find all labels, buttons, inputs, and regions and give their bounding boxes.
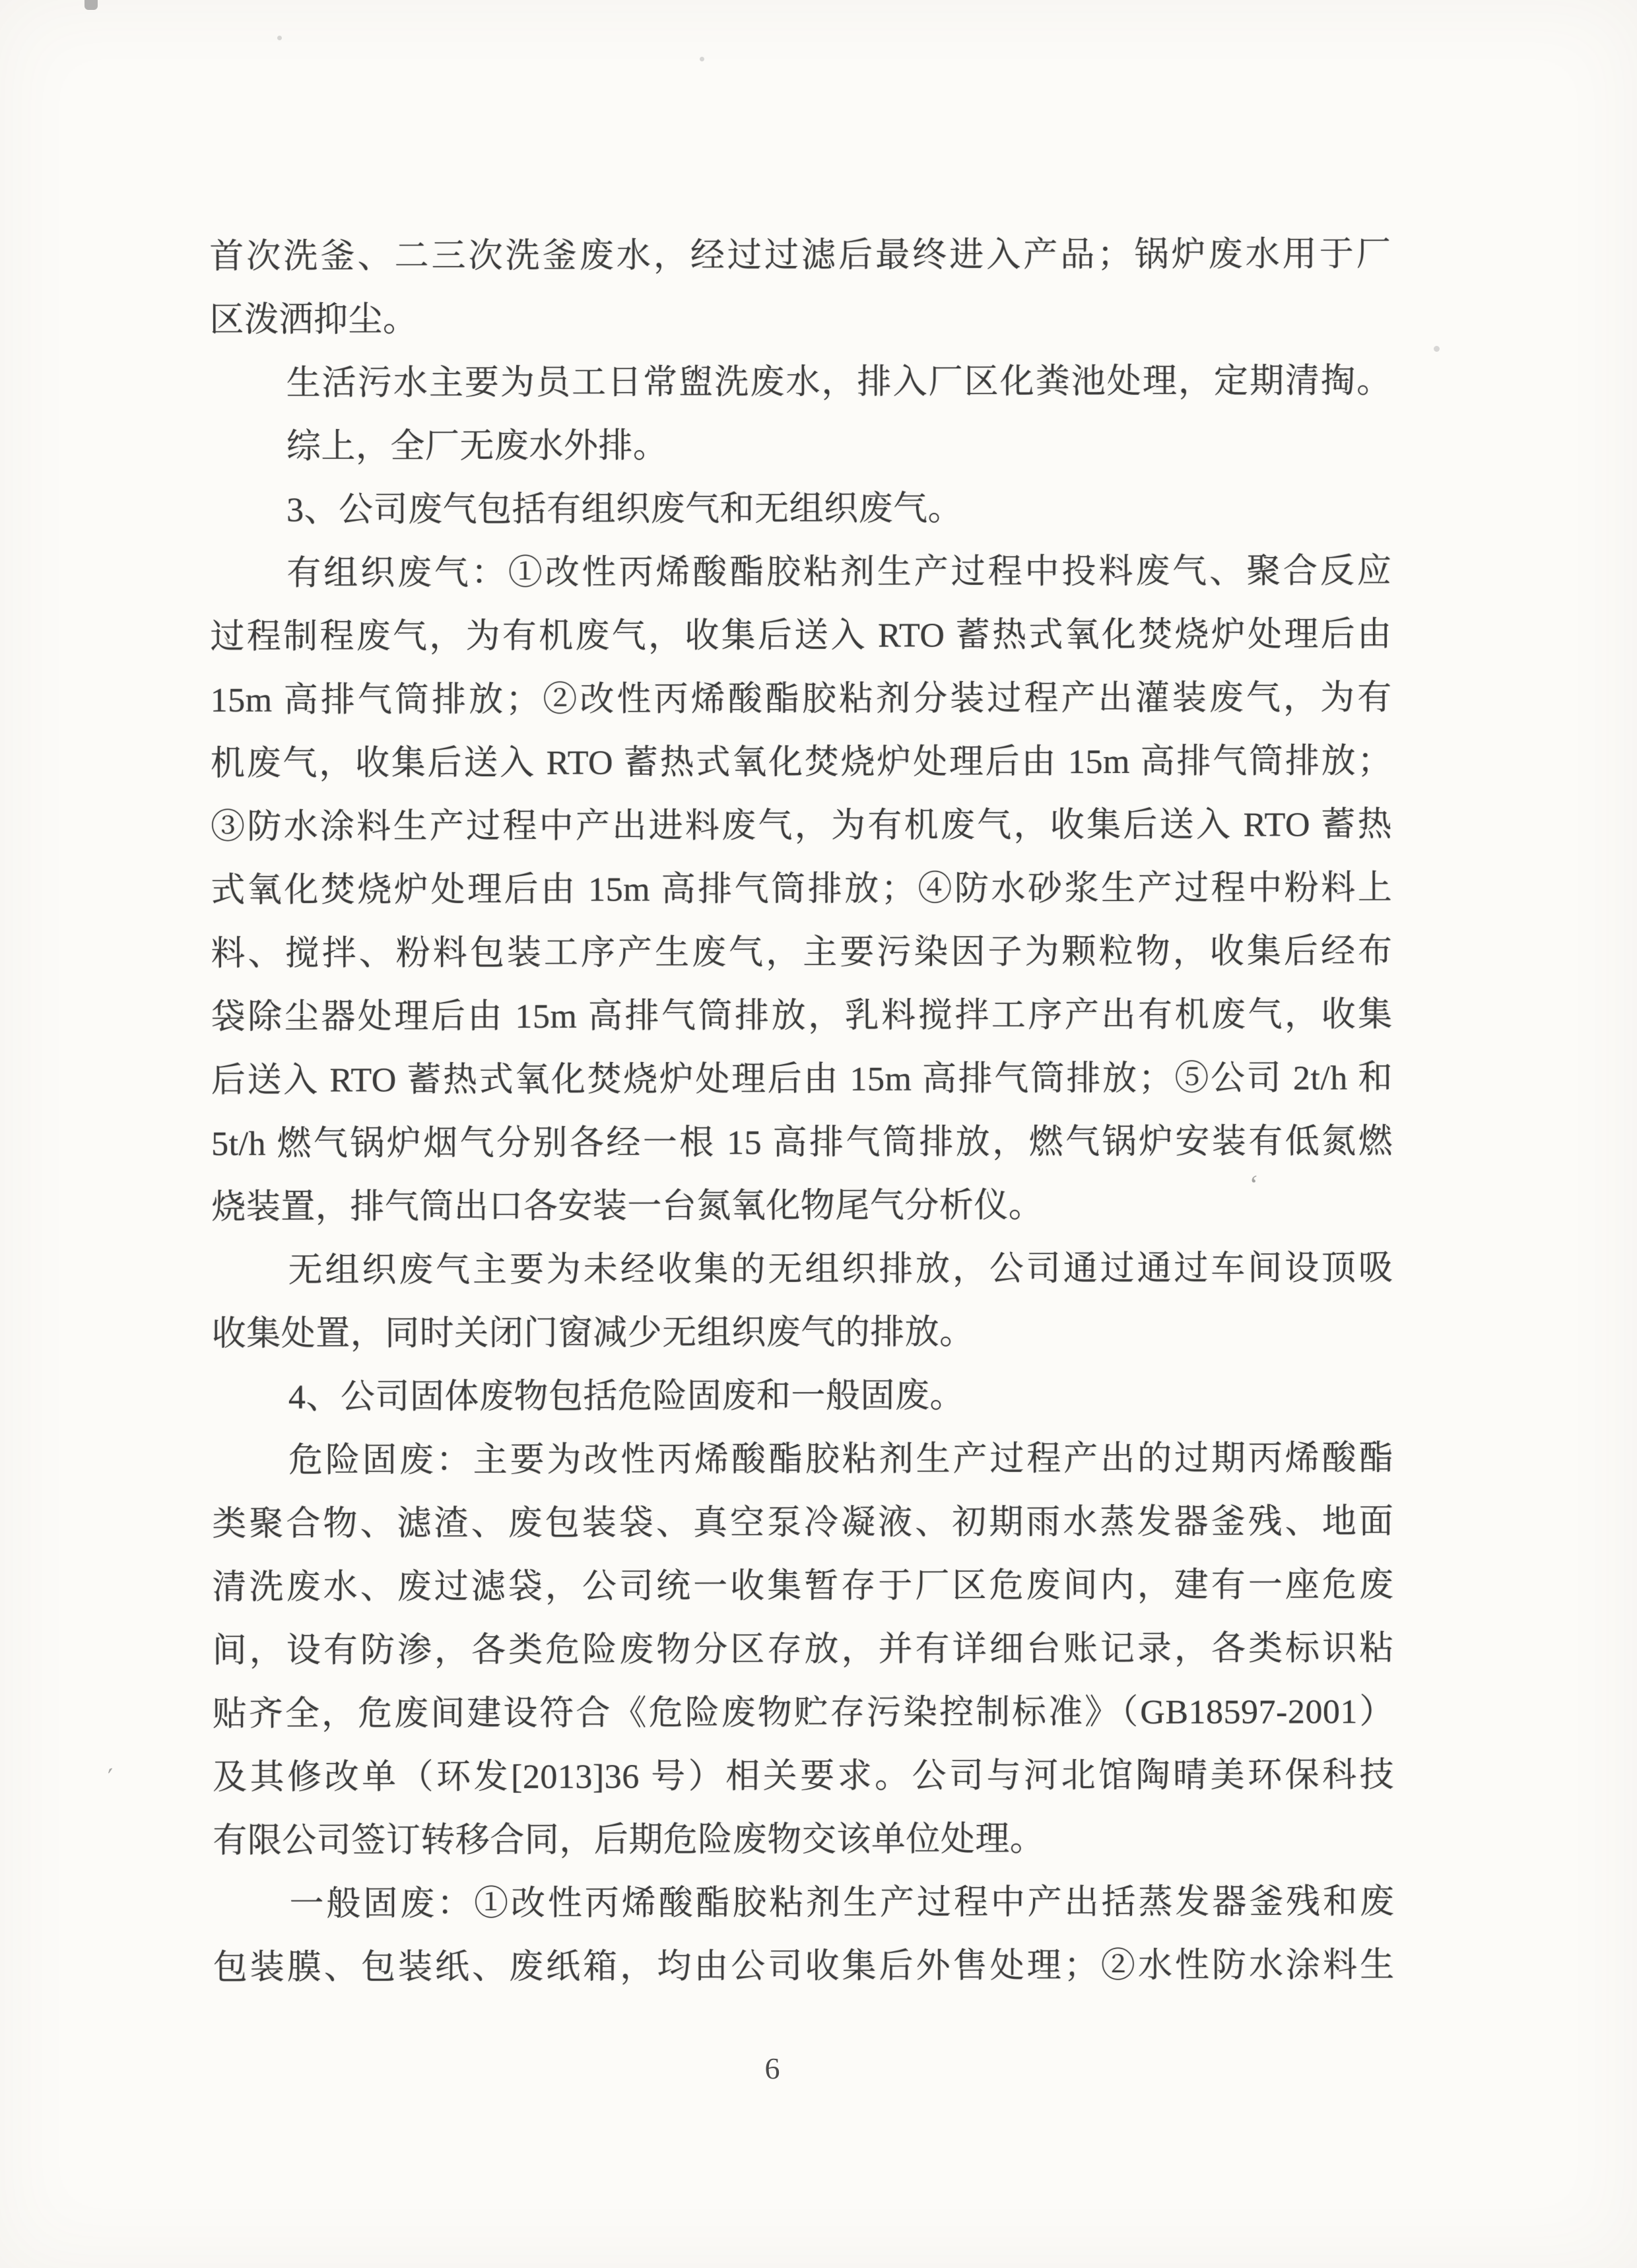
- text-line: 收集处置，同时关闭门窗减少无组织废气的排放。: [212, 1300, 1393, 1366]
- text-line-content: 类聚合物、滤渣、废包装袋、真空泵冷凝液、初期雨水蒸发器釜残、地面: [212, 1503, 1393, 1543]
- text-line-content: 区泼洒抑尘。: [209, 301, 417, 339]
- text-line-content: 综上，全厂无废水外排。: [286, 427, 668, 465]
- text-line-content: 3、公司废气包括有组织废气和无组织废气。: [286, 490, 962, 529]
- text-line: 区泼洒抑尘。: [209, 286, 1391, 352]
- text-line-content: 有组织废气：①改性丙烯酸酯胶粘剂生产过程中投料废气、聚合反应: [286, 552, 1391, 593]
- text-line: 过程制程废气，为有机废气，收集后送入 RTO 蓄热式氧化焚烧炉处理后由: [210, 603, 1391, 669]
- text-line: 式氧化焚烧炉处理后由 15m 高排气筒排放；④防水砂浆生产过程中粉料上: [211, 857, 1392, 923]
- scan-speck: [277, 36, 282, 40]
- scanner-edge-mark: [84, 0, 98, 10]
- text-line: 包装膜、包装纸、废纸箱，均由公司收集后外售处理；②水性防水涂料生: [213, 1934, 1395, 2000]
- text-line: ③防水涂料生产过程中产出进料废气，为有机废气，收集后送入 RTO 蓄热: [211, 793, 1392, 859]
- scan-speck: [700, 57, 704, 61]
- text-line: 5t/h 燃气锅炉烟气分别各经一根 15 高排气筒排放，燃气锅炉安装有低氮燃: [211, 1110, 1393, 1176]
- text-line: 15m 高排气筒排放；②改性丙烯酸酯胶粘剂分装过程产出灌装废气，为有: [211, 667, 1392, 733]
- text-line: 间，设有防渗，各类危险废物分区存放，并有详细台账记录，各类标识粘: [213, 1617, 1394, 1683]
- scan-artifact-accent: ˊ: [104, 1763, 121, 1793]
- text-line: 3、公司废气包括有组织废气和无组织废气。: [210, 477, 1391, 543]
- text-line: 贴齐全，危废间建设符合《危险废物贮存污染控制标准》（GB18597-2001）: [213, 1681, 1394, 1747]
- page-number: 6: [726, 2045, 818, 2092]
- text-line: 料、搅拌、粉料包装工序产生废气，主要污染因子为颗粒物，收集后经布: [211, 920, 1392, 986]
- text-line: 综上，全厂无废水外排。: [210, 413, 1391, 479]
- text-line-content: 生活污水主要为员工日常盥洗废水，排入厂区化粪池处理，定期清掏。: [286, 362, 1391, 403]
- text-line: 袋除尘器处理后由 15m 高排气筒排放，乳料搅拌工序产出有机废气，收集: [211, 984, 1393, 1050]
- text-line-content: 料、搅拌、粉料包装工序产生废气，主要污染因子为颗粒物，收集后经布: [211, 933, 1392, 973]
- text-line: 生活污水主要为员工日常盥洗废水，排入厂区化粪池处理，定期清掏。: [210, 350, 1391, 416]
- text-line-content: 15m 高排气筒排放；②改性丙烯酸酯胶粘剂分装过程产出灌装废气，为有: [211, 679, 1392, 719]
- text-line: 后送入 RTO 蓄热式氧化焚烧炉处理后由 15m 高排气筒排放；⑤公司 2t/h…: [211, 1047, 1393, 1113]
- text-line: 类聚合物、滤渣、废包装袋、真空泵冷凝液、初期雨水蒸发器釜残、地面: [212, 1490, 1393, 1556]
- scan-speck: [1434, 346, 1440, 352]
- text-line: 首次洗釜、二三次洗釜废水，经过过滤后最终进入产品；锅炉废水用于厂: [209, 223, 1391, 289]
- document-page: 首次洗釜、二三次洗釜废水，经过过滤后最终进入产品；锅炉废水用于厂 区泼洒抑尘。 …: [0, 0, 1637, 2268]
- text-line: 清洗废水、废过滤袋，公司统一收集暂存于厂区危废间内，建有一座危废: [212, 1554, 1393, 1620]
- text-line: 机废气，收集后送入 RTO 蓄热式氧化焚烧炉处理后由 15m 高排气筒排放；: [211, 730, 1392, 796]
- scanned-document-screenshot: { "page": { "number": "6", "background":…: [0, 0, 1637, 2268]
- text-line-content: 5t/h 燃气锅炉烟气分别各经一根 15 高排气筒排放，燃气锅炉安装有低氮燃: [211, 1123, 1393, 1163]
- text-line-content: 及其修改单（环发[2013]36 号）相关要求。公司与河北馆陶晴美环保科技: [213, 1756, 1394, 1797]
- text-line-content: 一般固废：①改性丙烯酸酯胶粘剂生产过程中产出括蒸发器釜残和废: [289, 1883, 1394, 1923]
- text-line: 及其修改单（环发[2013]36 号）相关要求。公司与河北馆陶晴美环保科技: [213, 1744, 1394, 1810]
- text-line-content: 收集处置，同时关闭门窗减少无组织废气的排放。: [212, 1314, 974, 1352]
- text-line-content: 无组织废气主要为未经收集的无组织排放，公司通过通过车间设顶吸: [288, 1250, 1393, 1290]
- body-text: 首次洗釜、二三次洗釜废水，经过过滤后最终进入产品；锅炉废水用于厂 区泼洒抑尘。 …: [209, 223, 1395, 2000]
- text-line-content: 过程制程废气，为有机废气，收集后送入 RTO 蓄热式氧化焚烧炉处理后由: [210, 616, 1391, 656]
- text-line-content: 危险固废：主要为改性丙烯酸酯胶粘剂生产过程产出的过期丙烯酸酯: [288, 1440, 1393, 1480]
- text-line-content: 后送入 RTO 蓄热式氧化焚烧炉处理后由 15m 高排气筒排放；⑤公司 2t/h…: [211, 1059, 1393, 1100]
- text-line: 危险固废：主要为改性丙烯酸酯胶粘剂生产过程产出的过期丙烯酸酯: [212, 1427, 1393, 1493]
- text-line-content: 式氧化焚烧炉处理后由 15m 高排气筒排放；④防水砂浆生产过程中粉料上: [211, 869, 1392, 910]
- text-line: 一般固废：①改性丙烯酸酯胶粘剂生产过程中产出括蒸发器釜残和废: [213, 1871, 1394, 1937]
- text-line: 有组织废气：①改性丙烯酸酯胶粘剂生产过程中投料废气、聚合反应: [210, 540, 1391, 606]
- text-line: 有限公司签订转移合同，后期危险废物交该单位处理。: [213, 1807, 1394, 1873]
- text-line-content: 袋除尘器处理后由 15m 高排气筒排放，乳料搅拌工序产出有机废气，收集: [211, 996, 1393, 1036]
- text-line-content: 贴齐全，危废间建设符合《危险废物贮存污染控制标准》（GB18597-2001）: [213, 1693, 1394, 1733]
- text-line-content: 首次洗釜、二三次洗釜废水，经过过滤后最终进入产品；锅炉废水用于厂: [209, 236, 1391, 276]
- text-line-content: 包装膜、包装纸、废纸箱，均由公司收集后外售处理；②水性防水涂料生: [213, 1947, 1395, 1987]
- text-line-content: 烧装置，排气筒出口各安装一台氮氧化物尾气分析仪。: [211, 1187, 1043, 1226]
- text-line: 4、公司固体废物包括危险固废和一般固废。: [212, 1364, 1393, 1430]
- text-line-content: 间，设有防渗，各类危险废物分区存放，并有详细台账记录，各类标识粘: [213, 1630, 1394, 1670]
- text-line-content: 机废气，收集后送入 RTO 蓄热式氧化焚烧炉处理后由 15m 高排气筒排放；: [211, 743, 1392, 783]
- text-line-content: 4、公司固体废物包括危险固废和一般固废。: [288, 1377, 964, 1416]
- text-line-content: 有限公司签订转移合同，后期危险废物交该单位处理。: [213, 1820, 1044, 1860]
- text-line-content: ③防水涂料生产过程中产出进料废气，为有机废气，收集后送入 RTO 蓄热: [211, 806, 1392, 846]
- text-line: 烧装置，排气筒出口各安装一台氮氧化物尾气分析仪。: [211, 1174, 1393, 1240]
- text-line-content: 清洗废水、废过滤袋，公司统一收集暂存于厂区危废间内，建有一座危废: [212, 1566, 1393, 1607]
- text-line: 无组织废气主要为未经收集的无组织排放，公司通过通过车间设顶吸: [211, 1237, 1393, 1303]
